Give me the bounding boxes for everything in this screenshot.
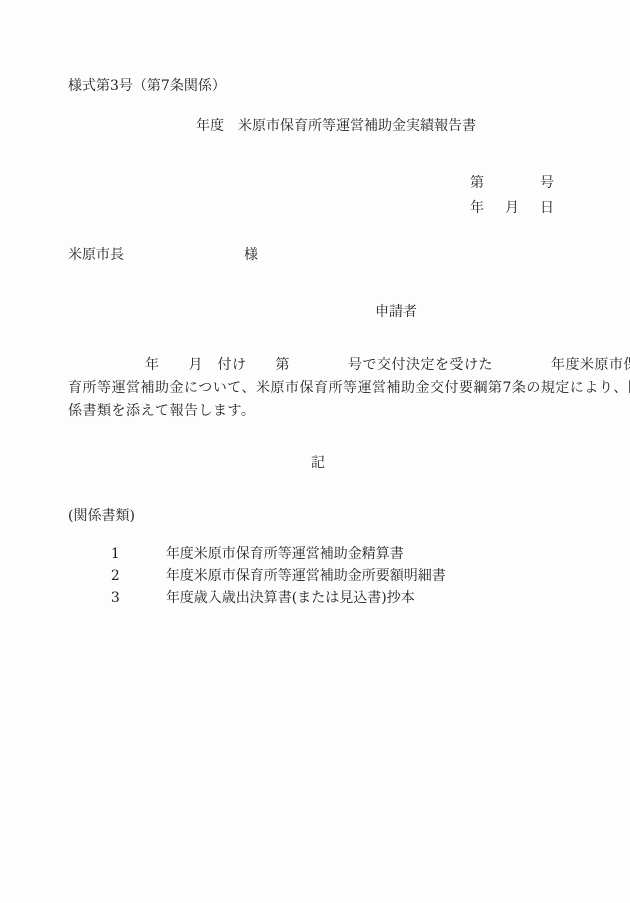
date-month-label: 月 (505, 197, 519, 222)
addressee-honorific: 様 (244, 246, 258, 264)
document-page: 様式第3号（第7条関係） 年度 米原市保育所等運営補助金実績報告書 第 号 年 … (0, 0, 630, 903)
attachment-title: 年度歳入歳出決算書(または見込書)抄本 (166, 590, 415, 606)
body-line-2: 育所等運営補助金について、米原市保育所等運営補助金交付要綱第7条の規定により、関 (68, 377, 570, 400)
date-year-label: 年 (470, 197, 484, 222)
attachment-number: 3 (111, 590, 166, 606)
document-title: 年度 米原市保育所等運営補助金実績報告書 (196, 117, 476, 135)
reference-number-suffix: 号 (540, 172, 554, 197)
form-number: 様式第3号（第7条関係） (68, 77, 226, 95)
attachments-heading: (関係書類) (68, 505, 135, 525)
reference-number-line: 第 号 (470, 172, 554, 197)
number-date-block: 第 号 年 月 日 (470, 172, 554, 222)
date-line: 年 月 日 (470, 197, 554, 222)
applicant-label: 申請者 (375, 303, 417, 321)
attachment-item: 3年度歳入歳出決算書(または見込書)抄本 (93, 571, 415, 623)
body-paragraph: 年 月 付け 第 号で交付決定を受けた 年度米原市保 育所等運営補助金について、… (68, 354, 570, 423)
body-line-1: 年 月 付け 第 号で交付決定を受けた 年度米原市保 (68, 354, 570, 377)
body-line-3: 係書類を添えて報告します。 (68, 400, 570, 423)
section-marker-ki: 記 (68, 452, 568, 472)
reference-number-prefix: 第 (470, 172, 484, 197)
date-day-label: 日 (540, 197, 554, 222)
addressee: 米原市長 (68, 246, 124, 264)
